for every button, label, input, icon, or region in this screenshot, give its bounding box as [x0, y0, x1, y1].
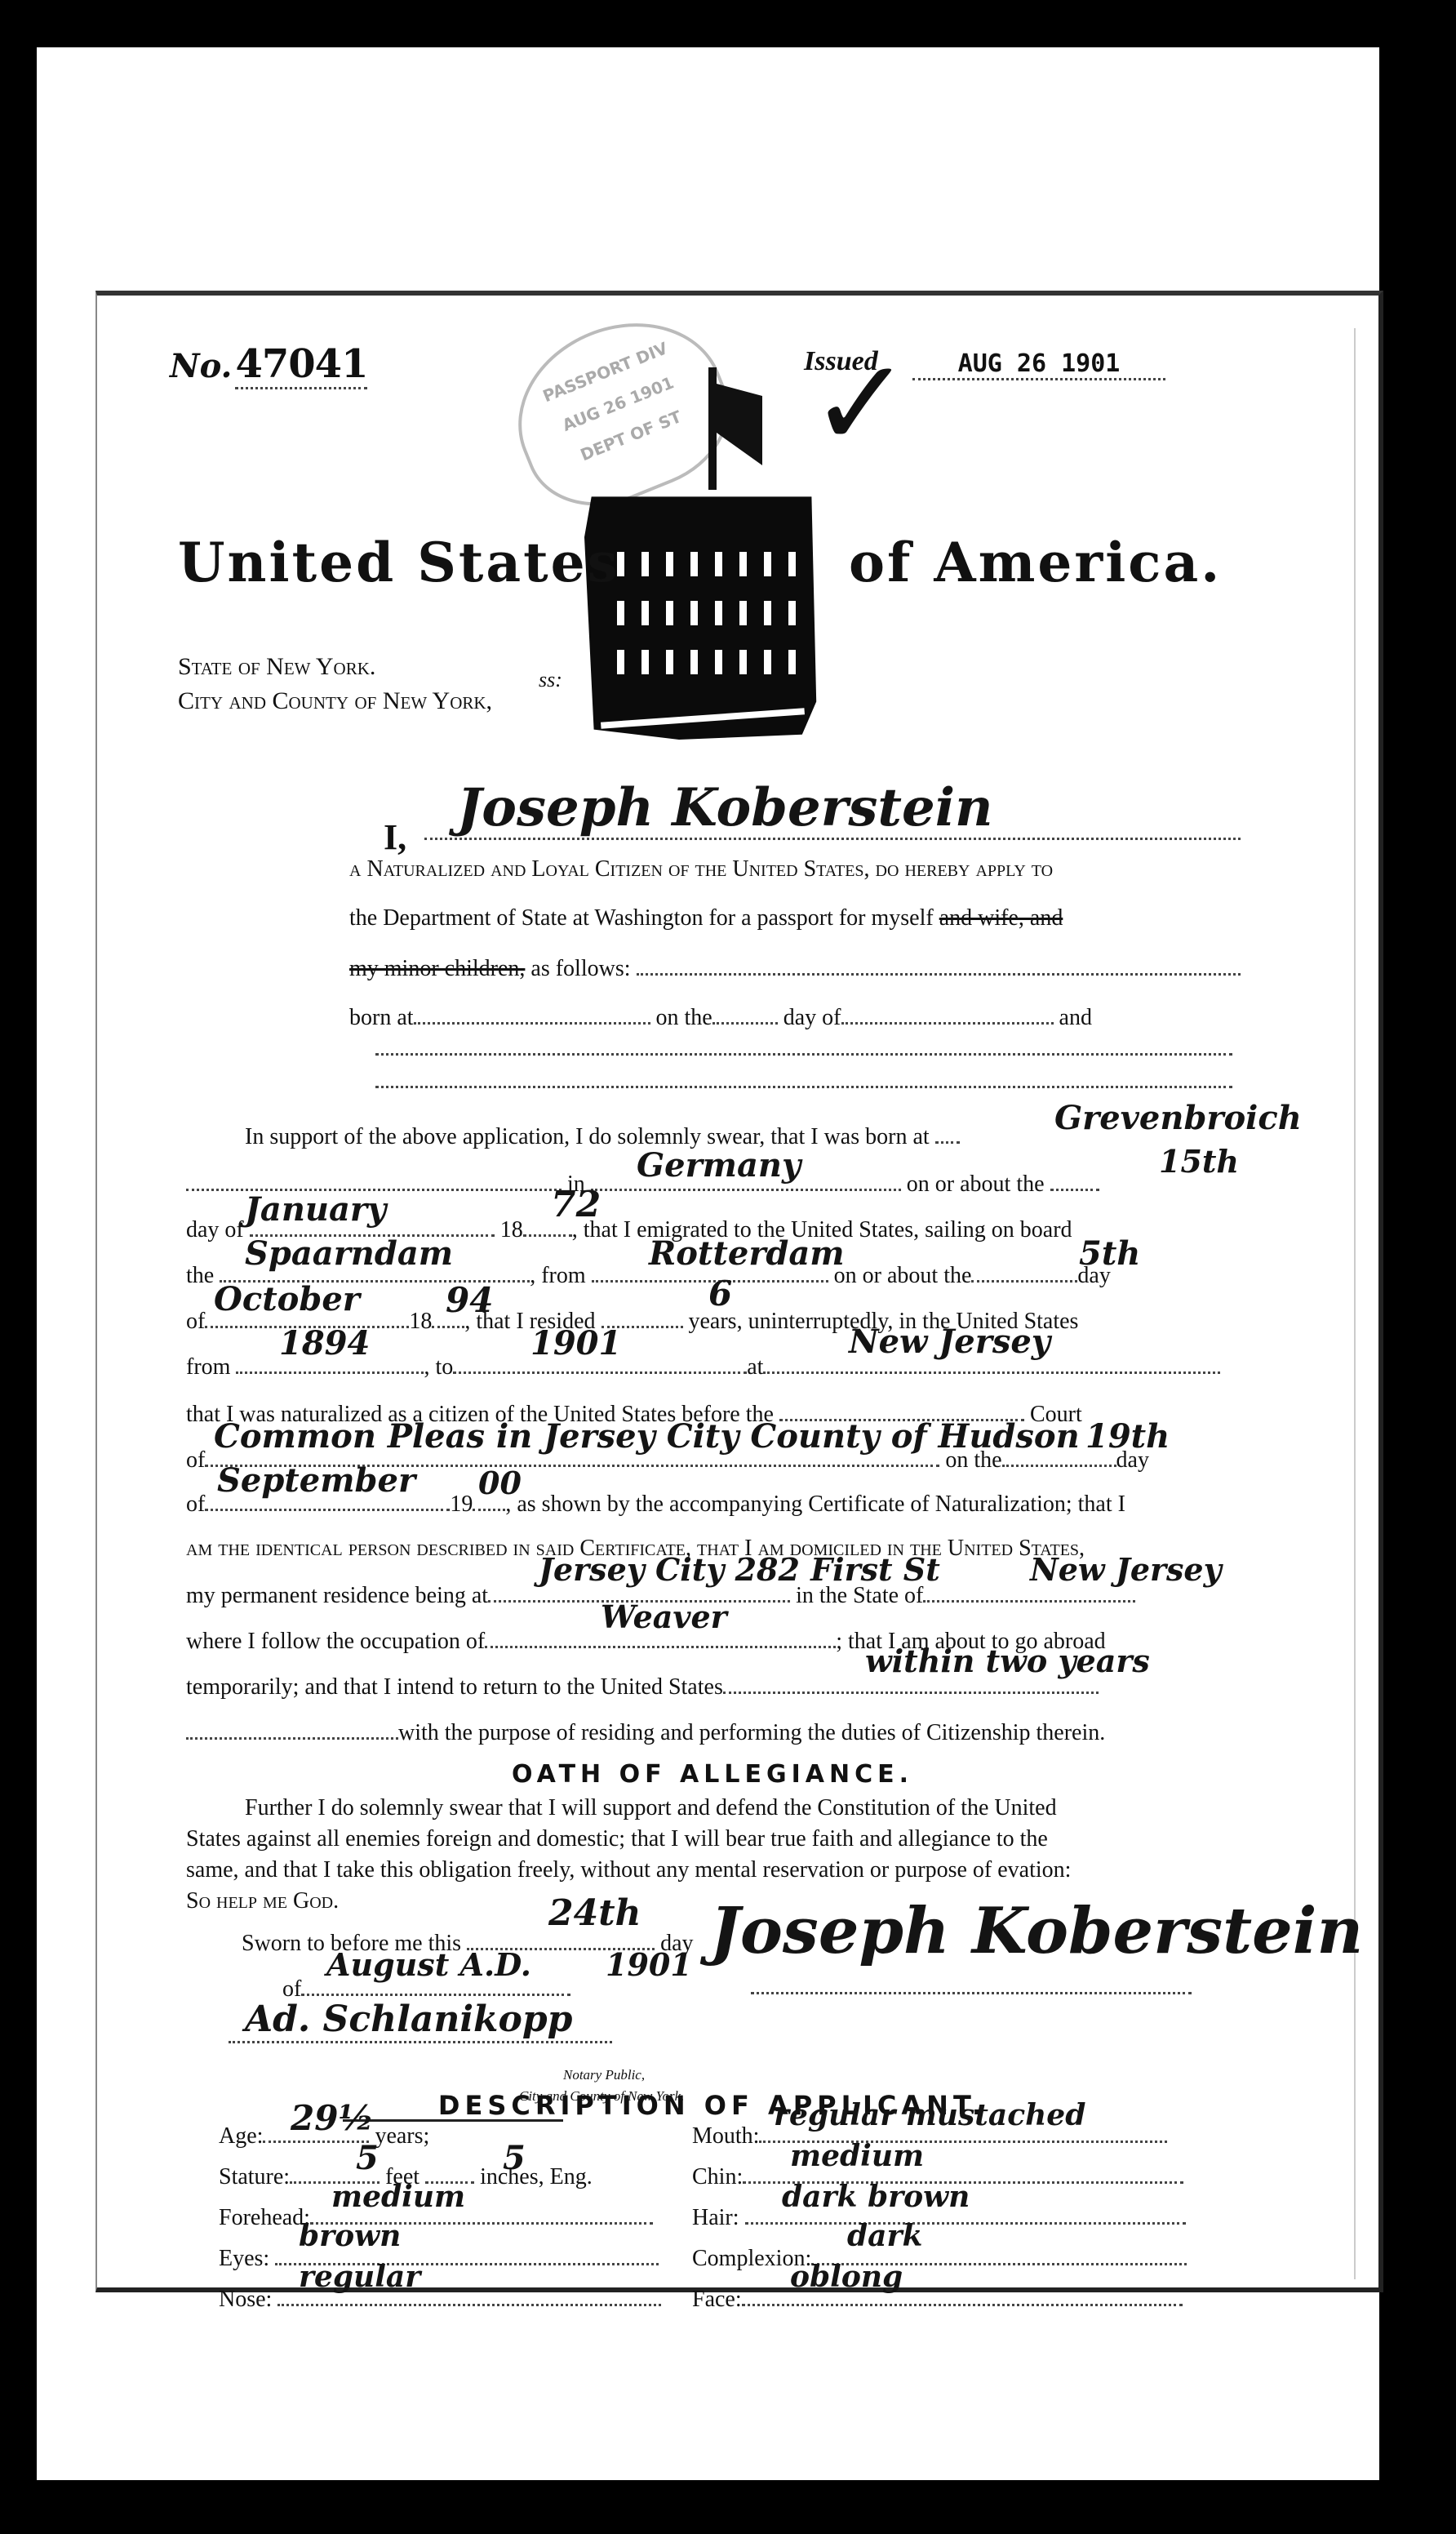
born-at-line: born at on the day of and	[349, 1004, 1092, 1030]
label: Stature:	[219, 2164, 290, 2189]
complexion-value: dark	[847, 2219, 922, 2253]
sail-day: 5th	[1079, 1234, 1140, 1273]
label: Age:	[219, 2123, 263, 2149]
oath-heading: OATH OF ALLEGIANCE.	[186, 1760, 1239, 1789]
flagpole-icon	[708, 367, 717, 490]
label: Face:	[692, 2287, 742, 2312]
label: , from	[530, 1263, 585, 1288]
label: Hair:	[692, 2205, 739, 2230]
occupation: Weaver	[601, 1598, 727, 1635]
oath-line-3: same, and that I take this obligation fr…	[186, 1858, 1071, 1883]
text: temporarily; and that I intend to return…	[186, 1674, 723, 1700]
pronoun-i: I,	[384, 816, 406, 858]
text: , as shown by the accompanying Certifica…	[505, 1492, 1125, 1517]
forehead-value: medium	[331, 2180, 465, 2214]
application-number: No. 47041	[170, 341, 367, 387]
age-value: 29½	[291, 2098, 374, 2138]
label: years;	[375, 2123, 429, 2149]
label: my permanent residence being at	[186, 1583, 488, 1608]
sworn-day: 24th	[548, 1892, 641, 1934]
label: born at	[349, 1005, 414, 1030]
desc-nose: Nose:	[219, 2286, 661, 2312]
blank-line	[186, 1171, 562, 1191]
hair-value: dark brown	[782, 2180, 970, 2214]
label: of	[186, 1447, 205, 1473]
label: Mouth:	[692, 2123, 759, 2149]
blank-line	[414, 1004, 650, 1025]
intro-line-3: my minor children, as follows:	[349, 955, 1241, 981]
form-edge	[1354, 328, 1356, 2279]
applicant-name: Joseph Koberstein	[457, 777, 993, 838]
label: at	[747, 1354, 763, 1380]
intro-line-1: a Naturalized and Loyal Citizen of the U…	[349, 857, 1239, 882]
desc-face: Face:	[692, 2286, 1183, 2312]
blank-line	[841, 1004, 1054, 1025]
issued-date: AUG 26 1901	[912, 349, 1165, 380]
notary-title: Notary Public,	[563, 2067, 645, 2083]
oath-line-2: States against all enemies foreign and d…	[186, 1827, 1048, 1852]
notary-signature: Ad. Schlanikopp	[245, 1998, 572, 2040]
blank-line	[935, 1123, 960, 1144]
naturalization-month: September	[217, 1461, 415, 1500]
label: the	[186, 1263, 214, 1288]
label: on the	[656, 1005, 712, 1030]
label: where I follow the occupation of	[186, 1629, 485, 1654]
label: of	[186, 1492, 205, 1517]
birthplace: Grevenbroich	[1054, 1099, 1302, 1137]
blank-line	[186, 1719, 398, 1740]
chin-value: medium	[790, 2139, 924, 2173]
label: Chin:	[692, 2164, 743, 2189]
applicant-signature: Joseph Koberstein	[710, 1894, 1363, 1968]
support-line-14: with the purpose of residing and perform…	[186, 1719, 1105, 1745]
support-line-1: In support of the above application, I d…	[245, 1123, 960, 1149]
checkmark-icon: ✓	[810, 343, 912, 465]
label: and	[1059, 1005, 1092, 1030]
number-value: 47041	[235, 341, 367, 389]
residence-place: New Jersey	[849, 1323, 1050, 1361]
naturalization-court: Common Pleas in Jersey City County of Hu…	[214, 1417, 1080, 1456]
residence-to-year: 1901	[530, 1324, 621, 1363]
stature-feet: 5	[356, 2139, 379, 2177]
eyes-value: brown	[299, 2219, 401, 2253]
sworn-year: 1901	[606, 1946, 692, 1983]
residence-state: New Jersey	[1030, 1551, 1222, 1588]
birth-country: Germany	[637, 1146, 801, 1185]
title-united-states: United States	[178, 531, 620, 594]
text: with the purpose of residing and perform…	[398, 1720, 1105, 1745]
label: Forehead:	[219, 2205, 310, 2230]
intro-text: the Department of State at Washington fo…	[349, 905, 934, 931]
desc-complexion: Complexion:	[692, 2245, 1187, 2271]
label: of	[186, 1309, 205, 1334]
naturalization-day: 19th	[1085, 1417, 1170, 1456]
desc-eyes: Eyes:	[219, 2245, 659, 2271]
birth-day: 15th	[1159, 1143, 1239, 1180]
sail-month: October	[214, 1280, 360, 1318]
birth-year: 72	[551, 1184, 601, 1225]
signature-line	[751, 1984, 1192, 1994]
label: 18	[409, 1309, 432, 1334]
label: , to	[424, 1354, 453, 1380]
oath-line-4: So help me God.	[186, 1889, 339, 1914]
label: inches, Eng.	[480, 2164, 593, 2189]
label: day of	[783, 1005, 841, 1030]
blank-line	[375, 1078, 1232, 1088]
permanent-residence: Jersey City 282 First St	[539, 1551, 940, 1588]
blank-line	[1050, 1171, 1099, 1191]
text: In support of the above application, I d…	[245, 1124, 930, 1149]
blank-line	[712, 1004, 778, 1025]
sail-year: 94	[446, 1280, 493, 1320]
nose-value: regular	[299, 2260, 420, 2294]
struck-text: and wife, and	[939, 905, 1063, 931]
sworn-month: August A.D.	[326, 1946, 531, 1983]
label: Eyes:	[219, 2246, 269, 2271]
label: 19	[450, 1492, 473, 1517]
years-resided: 6	[708, 1274, 732, 1314]
stature-inches: 5	[503, 2139, 526, 2177]
ss-marker: ss:	[539, 668, 562, 692]
oath-line-1: Further I do solemnly swear that I will …	[245, 1796, 1057, 1820]
residence-from-year: 1894	[279, 1324, 370, 1363]
blank-line	[637, 955, 1241, 976]
venue-city-county: City and County of New York,	[178, 687, 492, 715]
label: on or about the	[834, 1263, 972, 1288]
label: 18	[500, 1217, 523, 1243]
blank-line	[375, 1045, 1232, 1056]
label: on or about the	[907, 1171, 1045, 1197]
intro-line-2: the Department of State at Washington fo…	[349, 906, 1063, 931]
mouth-value: regular mustached	[774, 2098, 1085, 2132]
title-of-america: of America.	[849, 531, 1222, 594]
face-value: oblong	[790, 2260, 903, 2294]
naturalization-year: 00	[478, 1465, 522, 1501]
ship-name: Spaarndam	[245, 1234, 453, 1273]
state-department-building-engraving	[584, 487, 821, 740]
label: Nose:	[219, 2287, 272, 2312]
venue-state: State of New York.	[178, 653, 375, 681]
label: from	[186, 1354, 230, 1380]
return-period: within two years	[865, 1643, 1150, 1679]
number-label: No.	[170, 347, 232, 385]
label: day of	[186, 1217, 244, 1243]
struck-text: my minor children,	[349, 956, 525, 981]
blank-line	[971, 1262, 1077, 1283]
intro-text: a Naturalized and Loyal Citizen of the U…	[349, 856, 1053, 882]
departure-port: Rotterdam	[649, 1234, 845, 1273]
intro-text: as follows:	[530, 956, 630, 981]
birth-month: January	[245, 1190, 386, 1229]
